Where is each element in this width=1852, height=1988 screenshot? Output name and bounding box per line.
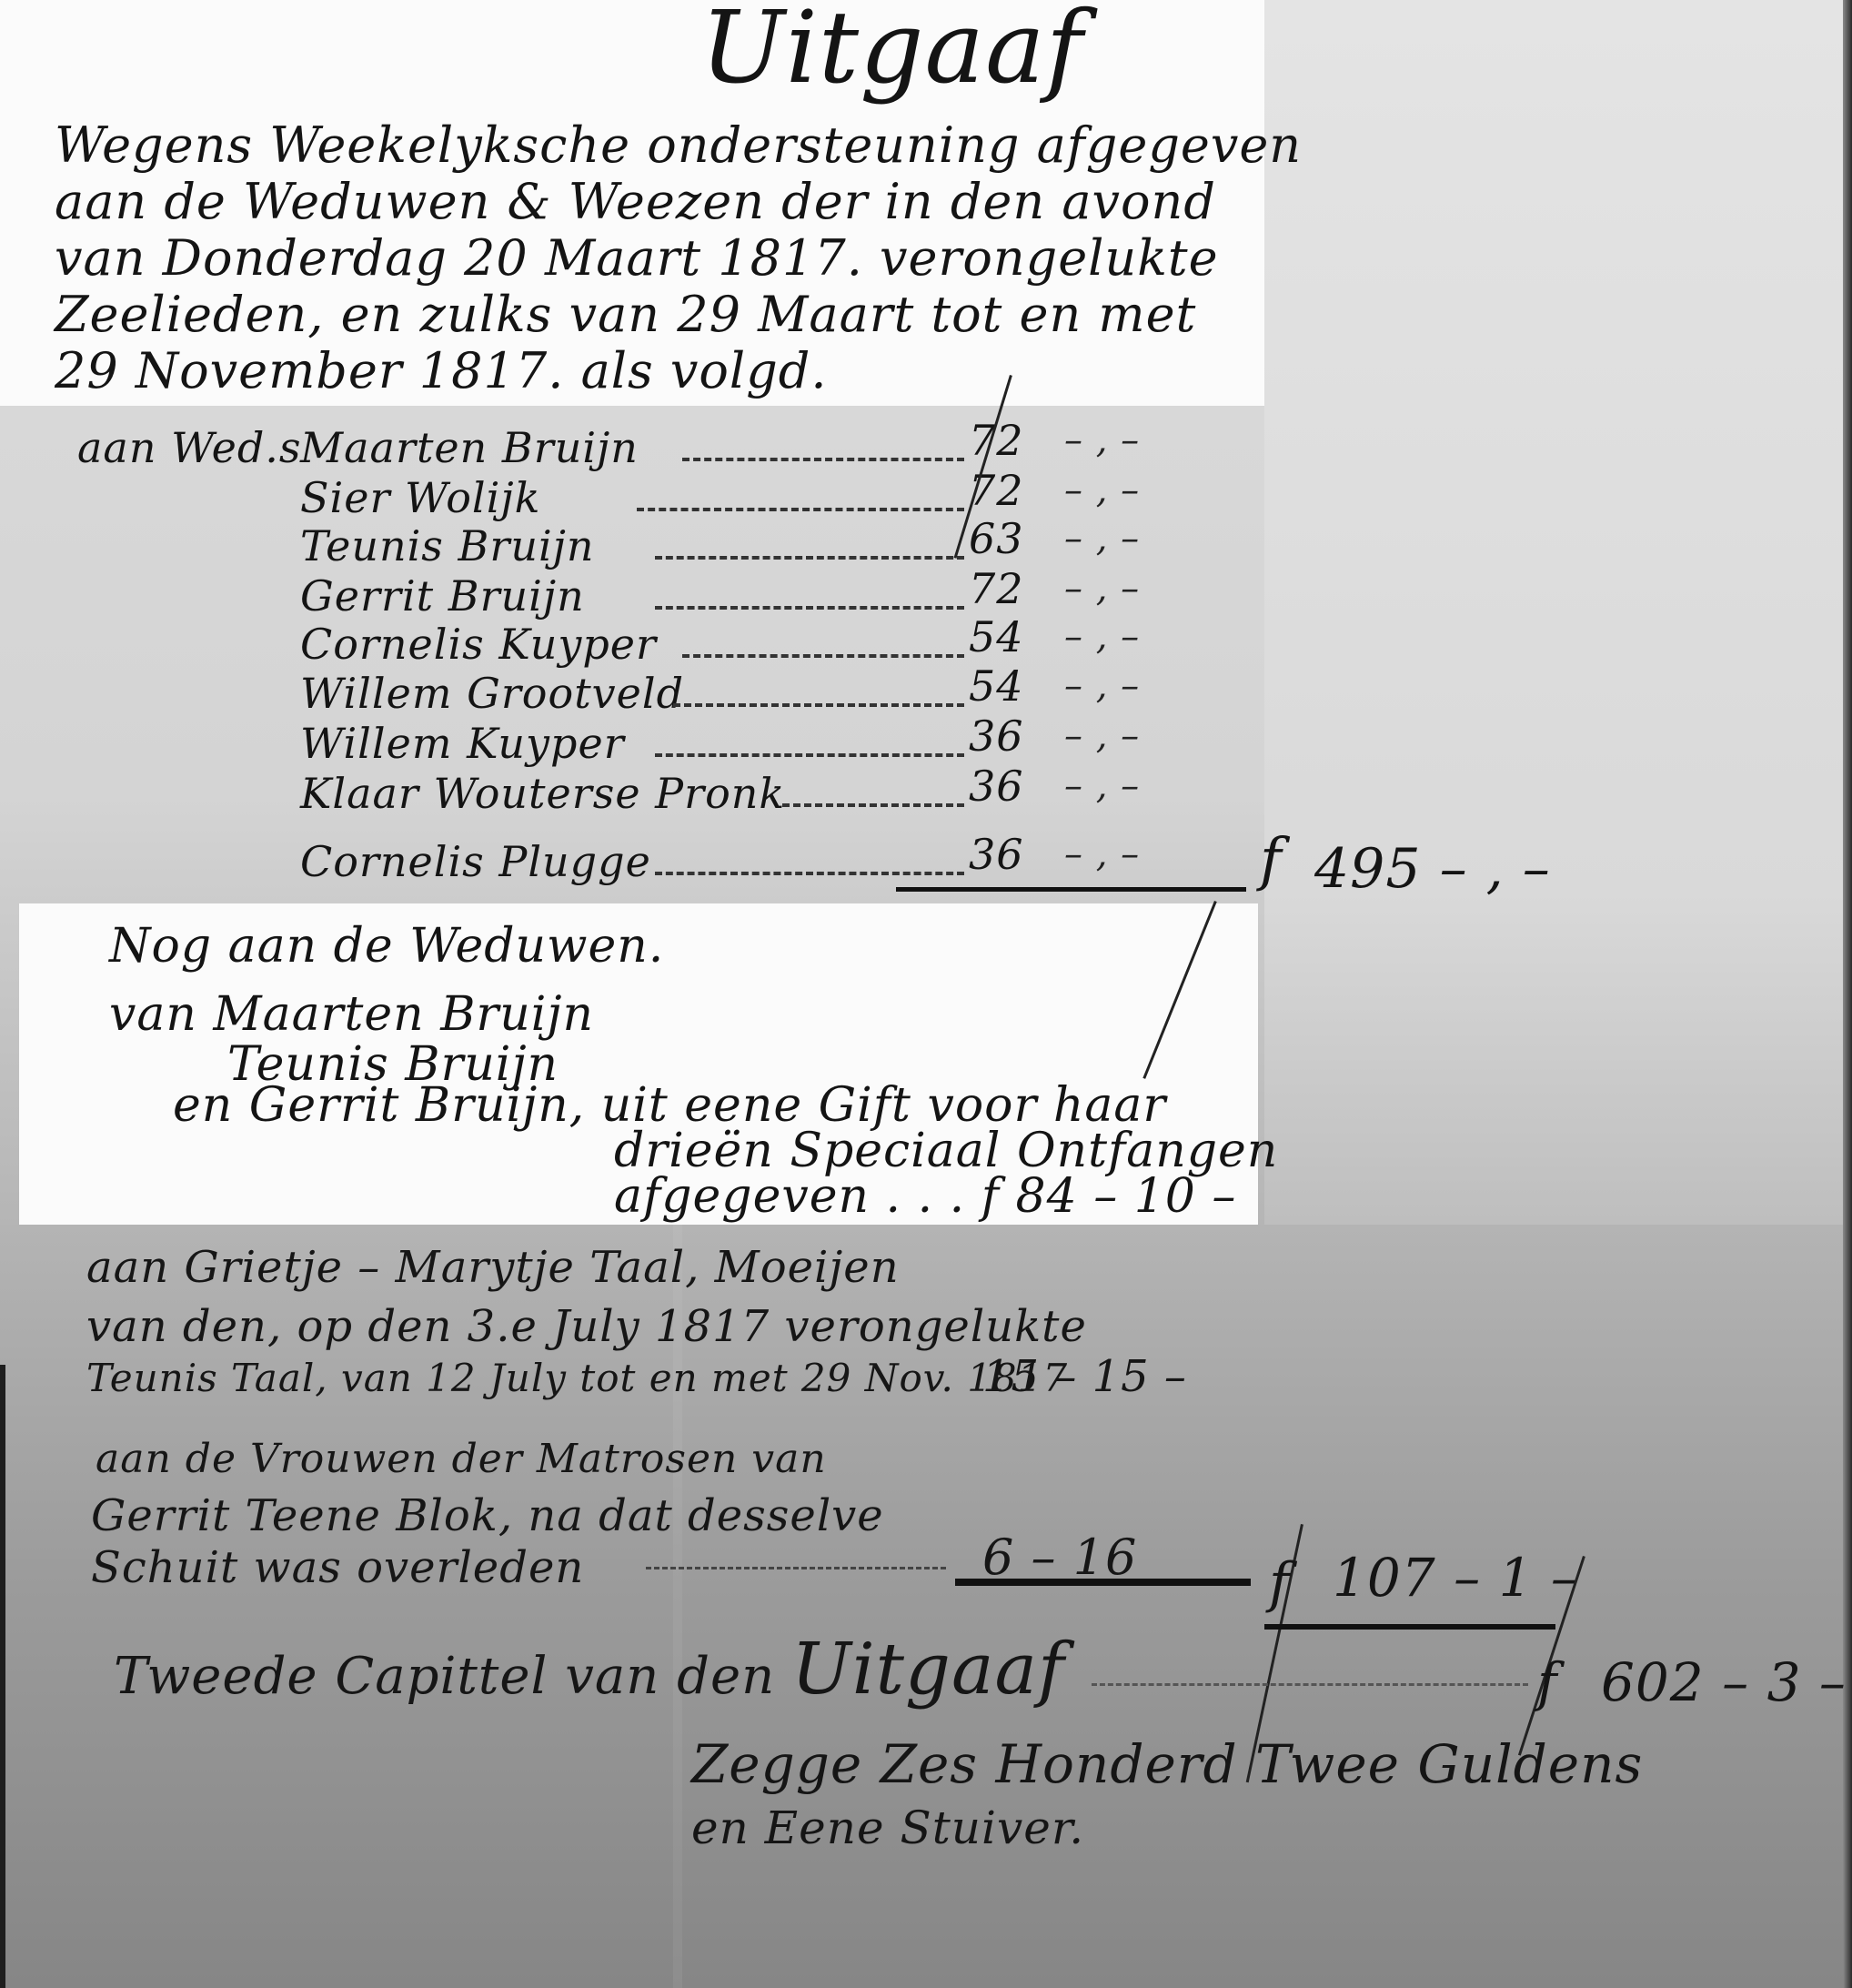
taal-line: Teunis Taal, van 12 July tot en met 29 N… [86,1356,1068,1400]
sum-in-words-line: Zegge Zes Honderd Twee Guldens [691,1733,1643,1795]
leader-dots [655,556,964,560]
intro-line: 29 November 1817. als volgd. [55,342,828,399]
leader-dots [682,654,964,658]
widow-name: Willem Grootveld [300,669,684,718]
widow-name: Maarten Bruijn [300,423,639,472]
widow-amount: 54 [969,612,1024,661]
taal-line: aan Grietje – Marytje Taal, Moeijen [86,1242,900,1293]
widow-amount: 54 [969,661,1024,711]
widow-amount-tail: – , – [1064,665,1140,707]
blok-line: Schuit was overleden [91,1542,584,1593]
chapter-total-amount: 602 – 3 – [1601,1651,1847,1713]
page-edge-left [0,1365,5,1988]
widow-amount-tail: – , – [1064,715,1140,757]
leader-dots [682,458,964,461]
widow-name: Gerrit Bruijn [300,571,585,621]
intro-line: aan de Weduwen & Weezen der in den avond [55,173,1216,230]
widow-amount: 72 [969,564,1024,613]
taal-amount: 15 – 15 – [982,1351,1187,1402]
intro-line: Zeelieden, en zulks van 29 Maart tot en … [55,286,1196,343]
widow-name: Klaar Wouterse Pronk [300,769,785,818]
leader-dots [655,753,964,757]
widow-amount-tail: – , – [1064,833,1140,875]
leader-dots [1092,1683,1528,1686]
widow-name: Willem Kuyper [300,719,625,768]
widow-name: Cornelis Kuyper [300,620,657,669]
blok-line: Gerrit Teene Blok, na dat desselve [91,1490,884,1541]
subtotal-rule [896,887,1246,892]
widow-amount: 63 [969,514,1024,563]
gift-line: Nog aan de Weduwen. [109,919,664,974]
leader-dots [646,1567,946,1569]
widow-amount: 36 [969,711,1024,761]
widow-name: Cornelis Plugge [300,837,651,886]
widow-amount-tail: – , – [1064,469,1140,511]
sum-in-words-line: en Eene Stuiver. [691,1801,1084,1854]
currency-symbol: f [1260,826,1283,893]
widow-amount-tail: – , – [1064,518,1140,560]
chapter-label-word: Uitgaaf [791,1629,1065,1710]
widows-subtotal: 495 – , – [1314,837,1551,901]
page-title: Uitgaaf [700,0,1083,106]
currency-symbol: f [1269,1551,1290,1615]
chapter-label: Tweede Capittel van den [114,1647,775,1706]
subtotal-rule [955,1579,1251,1586]
total-rule [1264,1624,1555,1630]
taal-line: van den, op den 3.e July 1817 verongeluk… [86,1301,1087,1352]
widow-amount-tail: – , – [1064,419,1140,461]
leader-dots [655,606,964,610]
widow-amount-tail: – , – [1064,765,1140,807]
blok-subtotal: 107 – 1 – [1333,1547,1578,1609]
widow-name: Sier Wolijk [300,473,540,522]
gift-amount-line: afgegeven . . . f 84 – 10 – [614,1169,1236,1224]
intro-line: Wegens Weekelyksche ondersteuning afgege… [55,116,1302,174]
widow-amount-tail: – , – [1064,568,1140,610]
leader-dots [637,508,964,511]
leader-dots [673,703,964,707]
blok-amount: 6 – 16 [982,1529,1137,1586]
leader-dots [655,872,964,875]
currency-symbol: f [1537,1651,1557,1713]
intro-line: van Donderdag 20 Maart 1817. verongelukt… [55,229,1219,287]
widow-amount: 36 [969,830,1024,879]
leader-dots [782,803,964,807]
widow-amount: 36 [969,762,1024,811]
blok-line: aan de Vrouwen der Matrosen van [96,1436,827,1482]
widow-amount-tail: – , – [1064,616,1140,658]
gift-line: van Maarten Bruijn [109,987,594,1042]
list-prefix: aan Wed.s [77,423,302,472]
widow-name: Teunis Bruijn [300,521,595,570]
